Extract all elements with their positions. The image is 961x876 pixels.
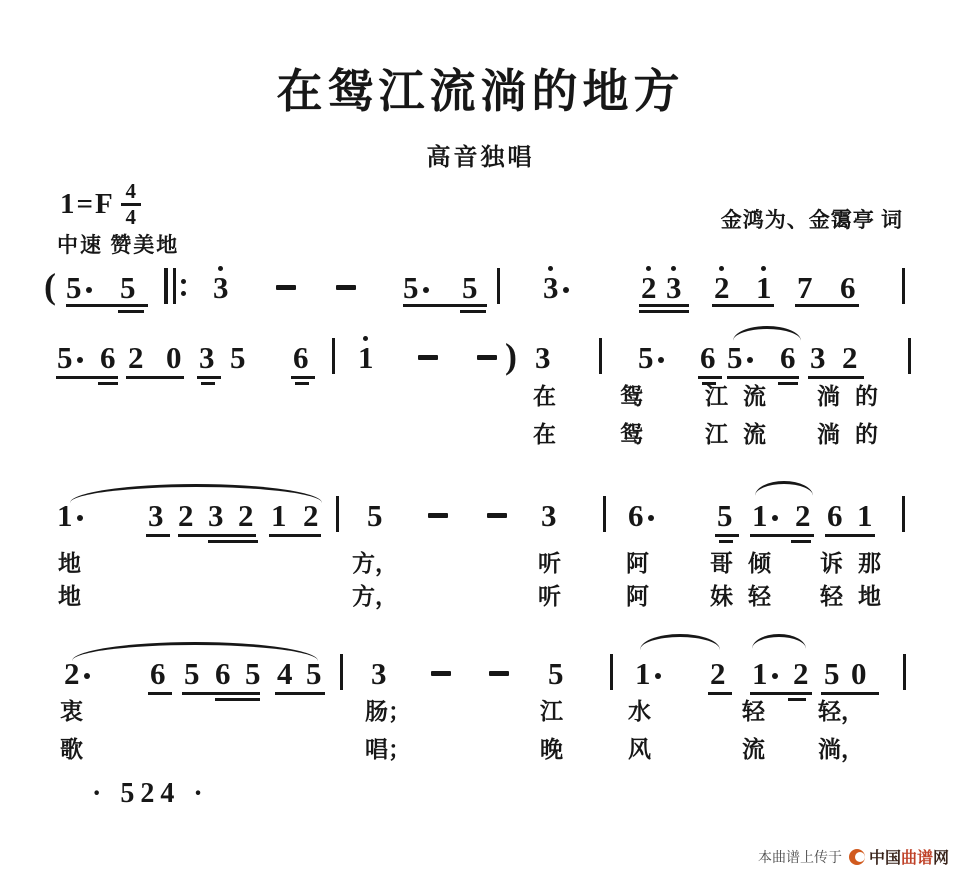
duration-dash xyxy=(418,355,438,360)
barline xyxy=(497,268,500,304)
note: 5 xyxy=(57,342,73,373)
beam-underline xyxy=(750,692,812,695)
parenthesis: ( xyxy=(44,268,56,304)
octave-dot xyxy=(218,266,223,271)
lyric-char: 地 xyxy=(58,551,81,576)
note: 1 xyxy=(752,500,768,531)
lyric-char: 鸳 xyxy=(620,384,643,409)
note: 5 xyxy=(824,658,840,689)
augmentation-dot xyxy=(84,673,90,679)
beam-underline xyxy=(715,534,739,537)
lyric-char: 听 xyxy=(538,584,561,609)
lyric-char: 衷 xyxy=(60,699,83,724)
note: 5 xyxy=(120,272,136,303)
note: 2 xyxy=(128,342,144,373)
time-numerator: 4 xyxy=(126,181,137,202)
note: 3 xyxy=(148,500,164,531)
beam-underline xyxy=(126,376,184,379)
barline xyxy=(902,496,905,532)
lyric-char: 轻 xyxy=(820,584,843,609)
augmentation-dot xyxy=(747,357,753,363)
beam-underline xyxy=(639,304,689,307)
note: 5 xyxy=(245,658,261,689)
lyric-char: 流 xyxy=(742,737,765,762)
beam-underline xyxy=(750,534,814,537)
note: 1 xyxy=(756,272,772,303)
lyric-char: 流 xyxy=(743,384,766,409)
duration-dash xyxy=(428,513,448,518)
augmentation-dot xyxy=(655,673,661,679)
beam-underline xyxy=(698,376,722,379)
slur-arc xyxy=(72,642,318,661)
note: 6 xyxy=(780,342,796,373)
note: 5 xyxy=(66,272,82,303)
lyric-char: 江 xyxy=(705,422,728,447)
duration-dash xyxy=(336,285,356,290)
note: 2 xyxy=(303,500,319,531)
site-name-dark-1: 中国 xyxy=(869,845,901,868)
lyric-char: 听 xyxy=(538,551,561,576)
note: 3 xyxy=(199,342,215,373)
octave-dot xyxy=(719,266,724,271)
note: 2 xyxy=(641,272,657,303)
augmentation-dot xyxy=(86,287,92,293)
beam-underline xyxy=(639,310,689,313)
augmentation-dot xyxy=(658,357,664,363)
site-name-accent: 曲谱 xyxy=(901,845,933,868)
barline xyxy=(902,268,905,304)
augmentation-dot xyxy=(423,287,429,293)
beam-underline xyxy=(778,382,798,385)
note: 3 xyxy=(666,272,682,303)
beam-underline xyxy=(275,692,325,695)
lyric-char: 的 xyxy=(855,422,878,447)
watermark: 本曲谱上传于 中国 曲谱 网 xyxy=(758,845,949,868)
lyric-char: 淌 xyxy=(817,422,840,447)
note: 0 xyxy=(851,658,867,689)
song-subtitle: 高音独唱 xyxy=(0,137,961,172)
note: 4 xyxy=(277,658,293,689)
beam-underline xyxy=(808,376,864,379)
augmentation-dot xyxy=(77,357,83,363)
lyric-char: 唱； xyxy=(365,737,411,762)
lyric-char: 江 xyxy=(540,699,563,724)
lyric-char: 水 xyxy=(628,699,651,724)
lyric-char: 风 xyxy=(628,737,651,762)
note: 3 xyxy=(810,342,826,373)
slur-arc xyxy=(70,484,322,503)
beam-underline xyxy=(66,304,148,307)
beam-underline xyxy=(197,376,221,379)
barline xyxy=(603,496,606,532)
beam-underline xyxy=(201,382,215,385)
beam-underline xyxy=(146,534,170,537)
beam-underline xyxy=(295,382,309,385)
slur-arc xyxy=(755,481,813,496)
note: 5 xyxy=(367,500,383,531)
note: 5 xyxy=(638,342,654,373)
note: 5 xyxy=(184,658,200,689)
note: 1 xyxy=(271,500,287,531)
octave-dot xyxy=(761,266,766,271)
duration-dash xyxy=(477,355,497,360)
lyric-char: 方， xyxy=(352,584,398,609)
key-signature: 1=F 4 4 xyxy=(60,190,141,228)
lyric-char: 地 xyxy=(58,584,81,609)
lyric-char: 倾 xyxy=(748,551,771,576)
barline xyxy=(336,496,339,532)
sheet-music-page: 在鸳江流淌的地方 高音独唱 1=F 4 4 中速 赞美地 金鸿为、金霭亭 词 (… xyxy=(0,0,961,876)
lyric-char: 淌， xyxy=(818,737,864,762)
lyric-char: 诉 xyxy=(820,551,843,576)
note: 3 xyxy=(535,342,551,373)
barline xyxy=(903,654,906,690)
beam-underline xyxy=(719,540,733,543)
barline xyxy=(908,338,911,374)
key-label: 1=F xyxy=(60,190,115,219)
note: 1 xyxy=(635,658,651,689)
octave-dot xyxy=(671,266,676,271)
lyric-char: 阿 xyxy=(626,551,649,576)
repeat-barline-thin xyxy=(173,268,176,304)
lyric-char: 淌 xyxy=(817,384,840,409)
beam-underline xyxy=(148,692,172,695)
page-number: · 524 · xyxy=(92,778,209,810)
note: 0 xyxy=(166,342,182,373)
note: 3 xyxy=(208,500,224,531)
octave-dot xyxy=(548,266,553,271)
barline xyxy=(599,338,602,374)
lyric-char: 的 xyxy=(855,384,878,409)
lyric-char: 轻， xyxy=(818,699,864,724)
augmentation-dot xyxy=(648,515,654,521)
note: 1 xyxy=(752,658,768,689)
beam-underline xyxy=(182,692,260,695)
beam-underline xyxy=(821,692,879,695)
note: 2 xyxy=(710,658,726,689)
note: 6 xyxy=(628,500,644,531)
note: 2 xyxy=(64,658,80,689)
note: 6 xyxy=(215,658,231,689)
beam-underline xyxy=(208,540,258,543)
site-logo-icon xyxy=(849,849,865,865)
tempo-marking: 中速 赞美地 xyxy=(57,229,179,259)
lyric-char: 地 xyxy=(858,584,881,609)
beam-underline xyxy=(118,310,144,313)
octave-dot xyxy=(646,266,651,271)
note: 1 xyxy=(358,342,374,373)
beam-underline xyxy=(403,304,487,307)
note: 5 xyxy=(548,658,564,689)
beam-underline xyxy=(791,540,811,543)
note: 2 xyxy=(842,342,858,373)
note: 5 xyxy=(462,272,478,303)
beam-underline xyxy=(727,376,799,379)
duration-dash xyxy=(489,671,509,676)
beam-underline xyxy=(460,310,486,313)
slur-arc xyxy=(640,634,720,650)
repeat-barline xyxy=(164,268,168,304)
time-denominator: 4 xyxy=(126,207,137,228)
augmentation-dot xyxy=(563,287,569,293)
note: 2 xyxy=(178,500,194,531)
note: 3 xyxy=(371,658,387,689)
beam-underline xyxy=(56,376,118,379)
lyric-char: 轻 xyxy=(742,699,765,724)
beam-underline xyxy=(98,382,118,385)
lyric-char: 晚 xyxy=(540,737,563,762)
lyric-char: 在 xyxy=(533,422,556,447)
note: 5 xyxy=(403,272,419,303)
note: 7 xyxy=(797,272,813,303)
beam-underline xyxy=(825,534,875,537)
beam-underline xyxy=(269,534,321,537)
note: 1 xyxy=(857,500,873,531)
repeat-dot xyxy=(181,291,186,296)
note: 2 xyxy=(238,500,254,531)
time-signature: 4 4 xyxy=(121,181,141,228)
lyricist-credit: 金鸿为、金霭亭 词 xyxy=(721,204,903,234)
beam-underline xyxy=(708,692,732,695)
watermark-prefix: 本曲谱上传于 xyxy=(758,847,842,867)
slur-arc xyxy=(752,634,806,649)
augmentation-dot xyxy=(772,515,778,521)
note: 3 xyxy=(213,272,229,303)
note: 3 xyxy=(543,272,559,303)
barline xyxy=(332,338,335,374)
note: 2 xyxy=(795,500,811,531)
beam-underline xyxy=(712,304,774,307)
note: 6 xyxy=(150,658,166,689)
barline xyxy=(340,654,343,690)
lyric-char: 歌 xyxy=(60,737,83,762)
slur-arc xyxy=(733,326,801,341)
lyric-char: 妹 xyxy=(710,584,733,609)
lyric-char: 那 xyxy=(858,551,881,576)
lyric-char: 轻 xyxy=(748,584,771,609)
note: 3 xyxy=(541,500,557,531)
note: 2 xyxy=(714,272,730,303)
lyric-char: 流 xyxy=(743,422,766,447)
site-name-dark-2: 网 xyxy=(933,845,949,868)
lyric-char: 在 xyxy=(533,384,556,409)
beam-underline xyxy=(178,534,256,537)
lyric-char: 江 xyxy=(705,384,728,409)
song-title: 在鸳江流淌的地方 xyxy=(0,55,961,121)
augmentation-dot xyxy=(77,515,83,521)
note: 6 xyxy=(100,342,116,373)
octave-dot xyxy=(363,336,368,341)
lyric-char: 肠； xyxy=(365,699,411,724)
note: 5 xyxy=(727,342,743,373)
duration-dash xyxy=(487,513,507,518)
lyric-char: 方， xyxy=(352,551,398,576)
repeat-dot xyxy=(181,279,186,284)
lyric-char: 鸳 xyxy=(620,422,643,447)
duration-dash xyxy=(431,671,451,676)
note: 5 xyxy=(306,658,322,689)
note: 6 xyxy=(293,342,309,373)
lyric-char: 哥 xyxy=(710,551,733,576)
barline xyxy=(610,654,613,690)
note: 5 xyxy=(717,500,733,531)
note: 6 xyxy=(840,272,856,303)
note: 5 xyxy=(230,342,246,373)
beam-underline xyxy=(795,304,859,307)
note: 1 xyxy=(57,500,73,531)
note: 6 xyxy=(827,500,843,531)
lyric-char: 阿 xyxy=(626,584,649,609)
augmentation-dot xyxy=(772,673,778,679)
beam-underline xyxy=(215,698,260,701)
note: 2 xyxy=(793,658,809,689)
note: 6 xyxy=(700,342,716,373)
beam-underline xyxy=(291,376,315,379)
beam-underline xyxy=(788,698,806,701)
duration-dash xyxy=(276,285,296,290)
parenthesis: ) xyxy=(505,338,517,374)
